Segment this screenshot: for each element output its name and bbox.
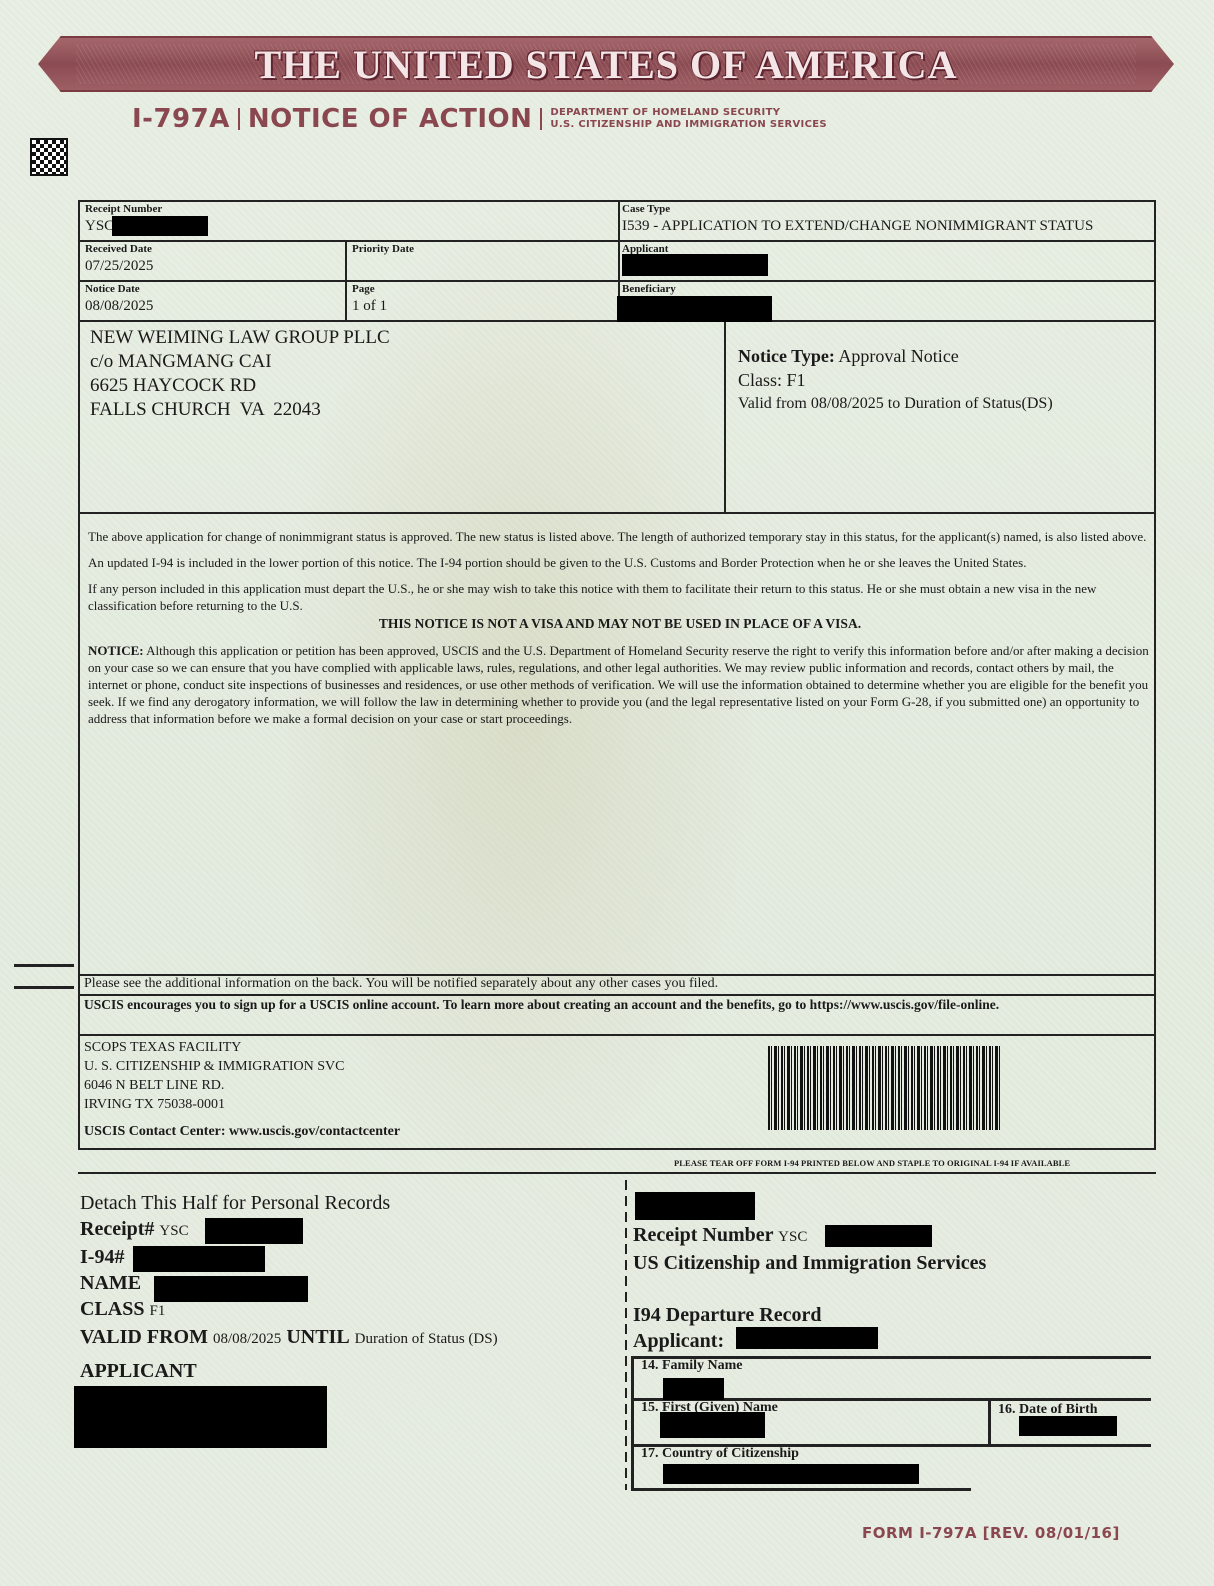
divider	[78, 240, 1156, 242]
tear-off-note: PLEASE TEAR OFF FORM I-94 PRINTED BELOW …	[674, 1158, 1070, 1168]
redacted-stub-receipt	[205, 1218, 303, 1244]
form-number: I-797A	[132, 104, 230, 134]
body-paragraph: An updated I-94 is included in the lower…	[88, 554, 1152, 571]
divider	[631, 1488, 971, 1491]
body-paragraph: The above application for change of noni…	[88, 528, 1152, 545]
redacted-dr-receipt	[825, 1225, 932, 1247]
visa-warning: THIS NOTICE IS NOT A VISA AND MAY NOT BE…	[88, 615, 1152, 632]
received-date-value: 07/25/2025	[85, 258, 153, 275]
notice-label: NOTICE:	[88, 643, 144, 658]
qr-code-icon	[30, 138, 68, 176]
notice-date-value: 08/08/2025	[85, 298, 153, 315]
notice-class: Class: F1	[738, 368, 1053, 392]
divider	[345, 240, 347, 320]
divider	[724, 320, 726, 512]
priority-date-label: Priority Date	[352, 243, 414, 255]
notice-validity: Valid from 08/08/2025 to Duration of Sta…	[738, 392, 1053, 416]
form-title: I-797A NOTICE OF ACTION DEPARTMENT OF HO…	[132, 103, 827, 135]
stub-i94-label: I-94#	[80, 1246, 124, 1268]
dr-receipt-prefix: YSC	[778, 1229, 807, 1245]
divider	[78, 280, 1156, 282]
address-line1: NEW WEIMING LAW GROUP PLLC	[90, 326, 390, 350]
receipt-number-prefix: YSC	[85, 218, 114, 235]
stub-name-label: NAME	[80, 1272, 141, 1294]
perforation-line	[625, 1180, 627, 1490]
divider	[540, 108, 542, 130]
office-line1: SCOPS TEXAS FACILITY	[84, 1038, 344, 1057]
family-name-label: 14. Family Name	[641, 1358, 742, 1374]
redacted-citizenship	[663, 1464, 919, 1484]
notice-date-label: Notice Date	[85, 283, 140, 295]
office-line2: U. S. CITIZENSHIP & IMMIGRATION SVC	[84, 1057, 344, 1076]
redacted-header-value	[635, 1192, 755, 1220]
redacted-i94-number	[133, 1246, 265, 1272]
fold-mark	[14, 986, 74, 989]
contact-center-link[interactable]: USCIS Contact Center: www.uscis.gov/cont…	[84, 1124, 400, 1140]
banner-title: THE UNITED STATES OF AMERICA	[255, 41, 958, 88]
address-line4: FALLS CHURCH VA 22043	[90, 398, 390, 422]
notice-paragraph: NOTICE: Although this application or pet…	[88, 642, 1152, 727]
notice-type-block: Notice Type: Approval Notice Class: F1 V…	[738, 344, 1053, 416]
stub-applicant-label: APPLICANT	[80, 1360, 197, 1382]
divider	[78, 1034, 1156, 1036]
form-name: NOTICE OF ACTION	[248, 104, 533, 134]
redacted-beneficiary	[617, 296, 772, 322]
fold-mark	[14, 964, 74, 967]
additional-info: Please see the additional information on…	[84, 976, 718, 992]
notice-text: Although this application or petition ha…	[88, 643, 1149, 726]
received-date-label: Received Date	[85, 243, 152, 255]
stub-class-label: CLASS	[80, 1298, 144, 1320]
dr-title: I94 Departure Record	[633, 1302, 986, 1328]
stub-until-label: UNTIL	[286, 1326, 349, 1348]
department: DEPARTMENT OF HOMELAND SECURITY U.S. CIT…	[550, 107, 826, 131]
redacted-applicant-block	[74, 1386, 327, 1448]
department-line2: U.S. CITIZENSHIP AND IMMIGRATION SERVICE…	[550, 119, 826, 130]
redacted-dr-applicant	[736, 1327, 878, 1349]
stub-until-value: Duration of Status (DS)	[355, 1331, 498, 1347]
online-account-note: USCIS encourages you to sign up for a US…	[84, 996, 1148, 1013]
stub-valid-from-value: 08/08/2025	[213, 1331, 281, 1347]
notice-type-value: Approval Notice	[838, 346, 958, 366]
page-label: Page	[352, 283, 375, 295]
office-address: SCOPS TEXAS FACILITY U. S. CITIZENSHIP &…	[84, 1038, 344, 1114]
beneficiary-label: Beneficiary	[622, 283, 676, 295]
dr-receipt-label: Receipt Number	[633, 1224, 773, 1246]
case-type-label: Case Type	[622, 203, 670, 215]
department-line1: DEPARTMENT OF HOMELAND SECURITY	[550, 107, 780, 118]
case-type-value: I539 - APPLICATION TO EXTEND/CHANGE NONI…	[622, 218, 1093, 235]
dr-agency: US Citizenship and Immigration Services	[633, 1250, 986, 1276]
stub-valid-from-label: VALID FROM	[80, 1326, 208, 1348]
notice-body: The above application for change of noni…	[88, 528, 1152, 736]
notice-type-label: Notice Type:	[738, 346, 835, 366]
stub-receipt-label: Receipt#	[80, 1218, 154, 1240]
header-banner: THE UNITED STATES OF AMERICA	[38, 36, 1174, 92]
redacted-dob	[1019, 1416, 1117, 1436]
redacted-family-name	[663, 1378, 724, 1400]
form-revision: FORM I-797A [REV. 08/01/16]	[862, 1524, 1120, 1542]
address-line2: c/o MANGMANG CAI	[90, 350, 390, 374]
divider	[78, 512, 1156, 514]
personal-records-title: Detach This Half for Personal Records	[80, 1190, 498, 1216]
address-line3: 6625 HAYCOCK RD	[90, 374, 390, 398]
divider	[238, 108, 240, 130]
barcode-icon	[768, 1046, 1000, 1130]
redacted-applicant	[622, 254, 768, 276]
body-paragraph: If any person included in this applicati…	[88, 580, 1152, 614]
page-value: 1 of 1	[352, 298, 387, 315]
mailing-address: NEW WEIMING LAW GROUP PLLC c/o MANGMANG …	[90, 326, 390, 422]
tear-line	[78, 1172, 1156, 1174]
redacted-name	[154, 1276, 308, 1302]
divider	[988, 1398, 991, 1446]
stub-receipt-prefix: YSC	[159, 1223, 188, 1239]
redacted-given-name	[660, 1412, 765, 1438]
citizenship-label: 17. Country of Citizenship	[641, 1446, 799, 1462]
receipt-number-label: Receipt Number	[85, 203, 162, 215]
stub-class-value: F1	[149, 1303, 165, 1319]
office-line3: 6046 N BELT LINE RD.	[84, 1076, 344, 1095]
redacted-receipt-number	[112, 216, 208, 236]
office-line4: IRVING TX 75038-0001	[84, 1095, 344, 1114]
